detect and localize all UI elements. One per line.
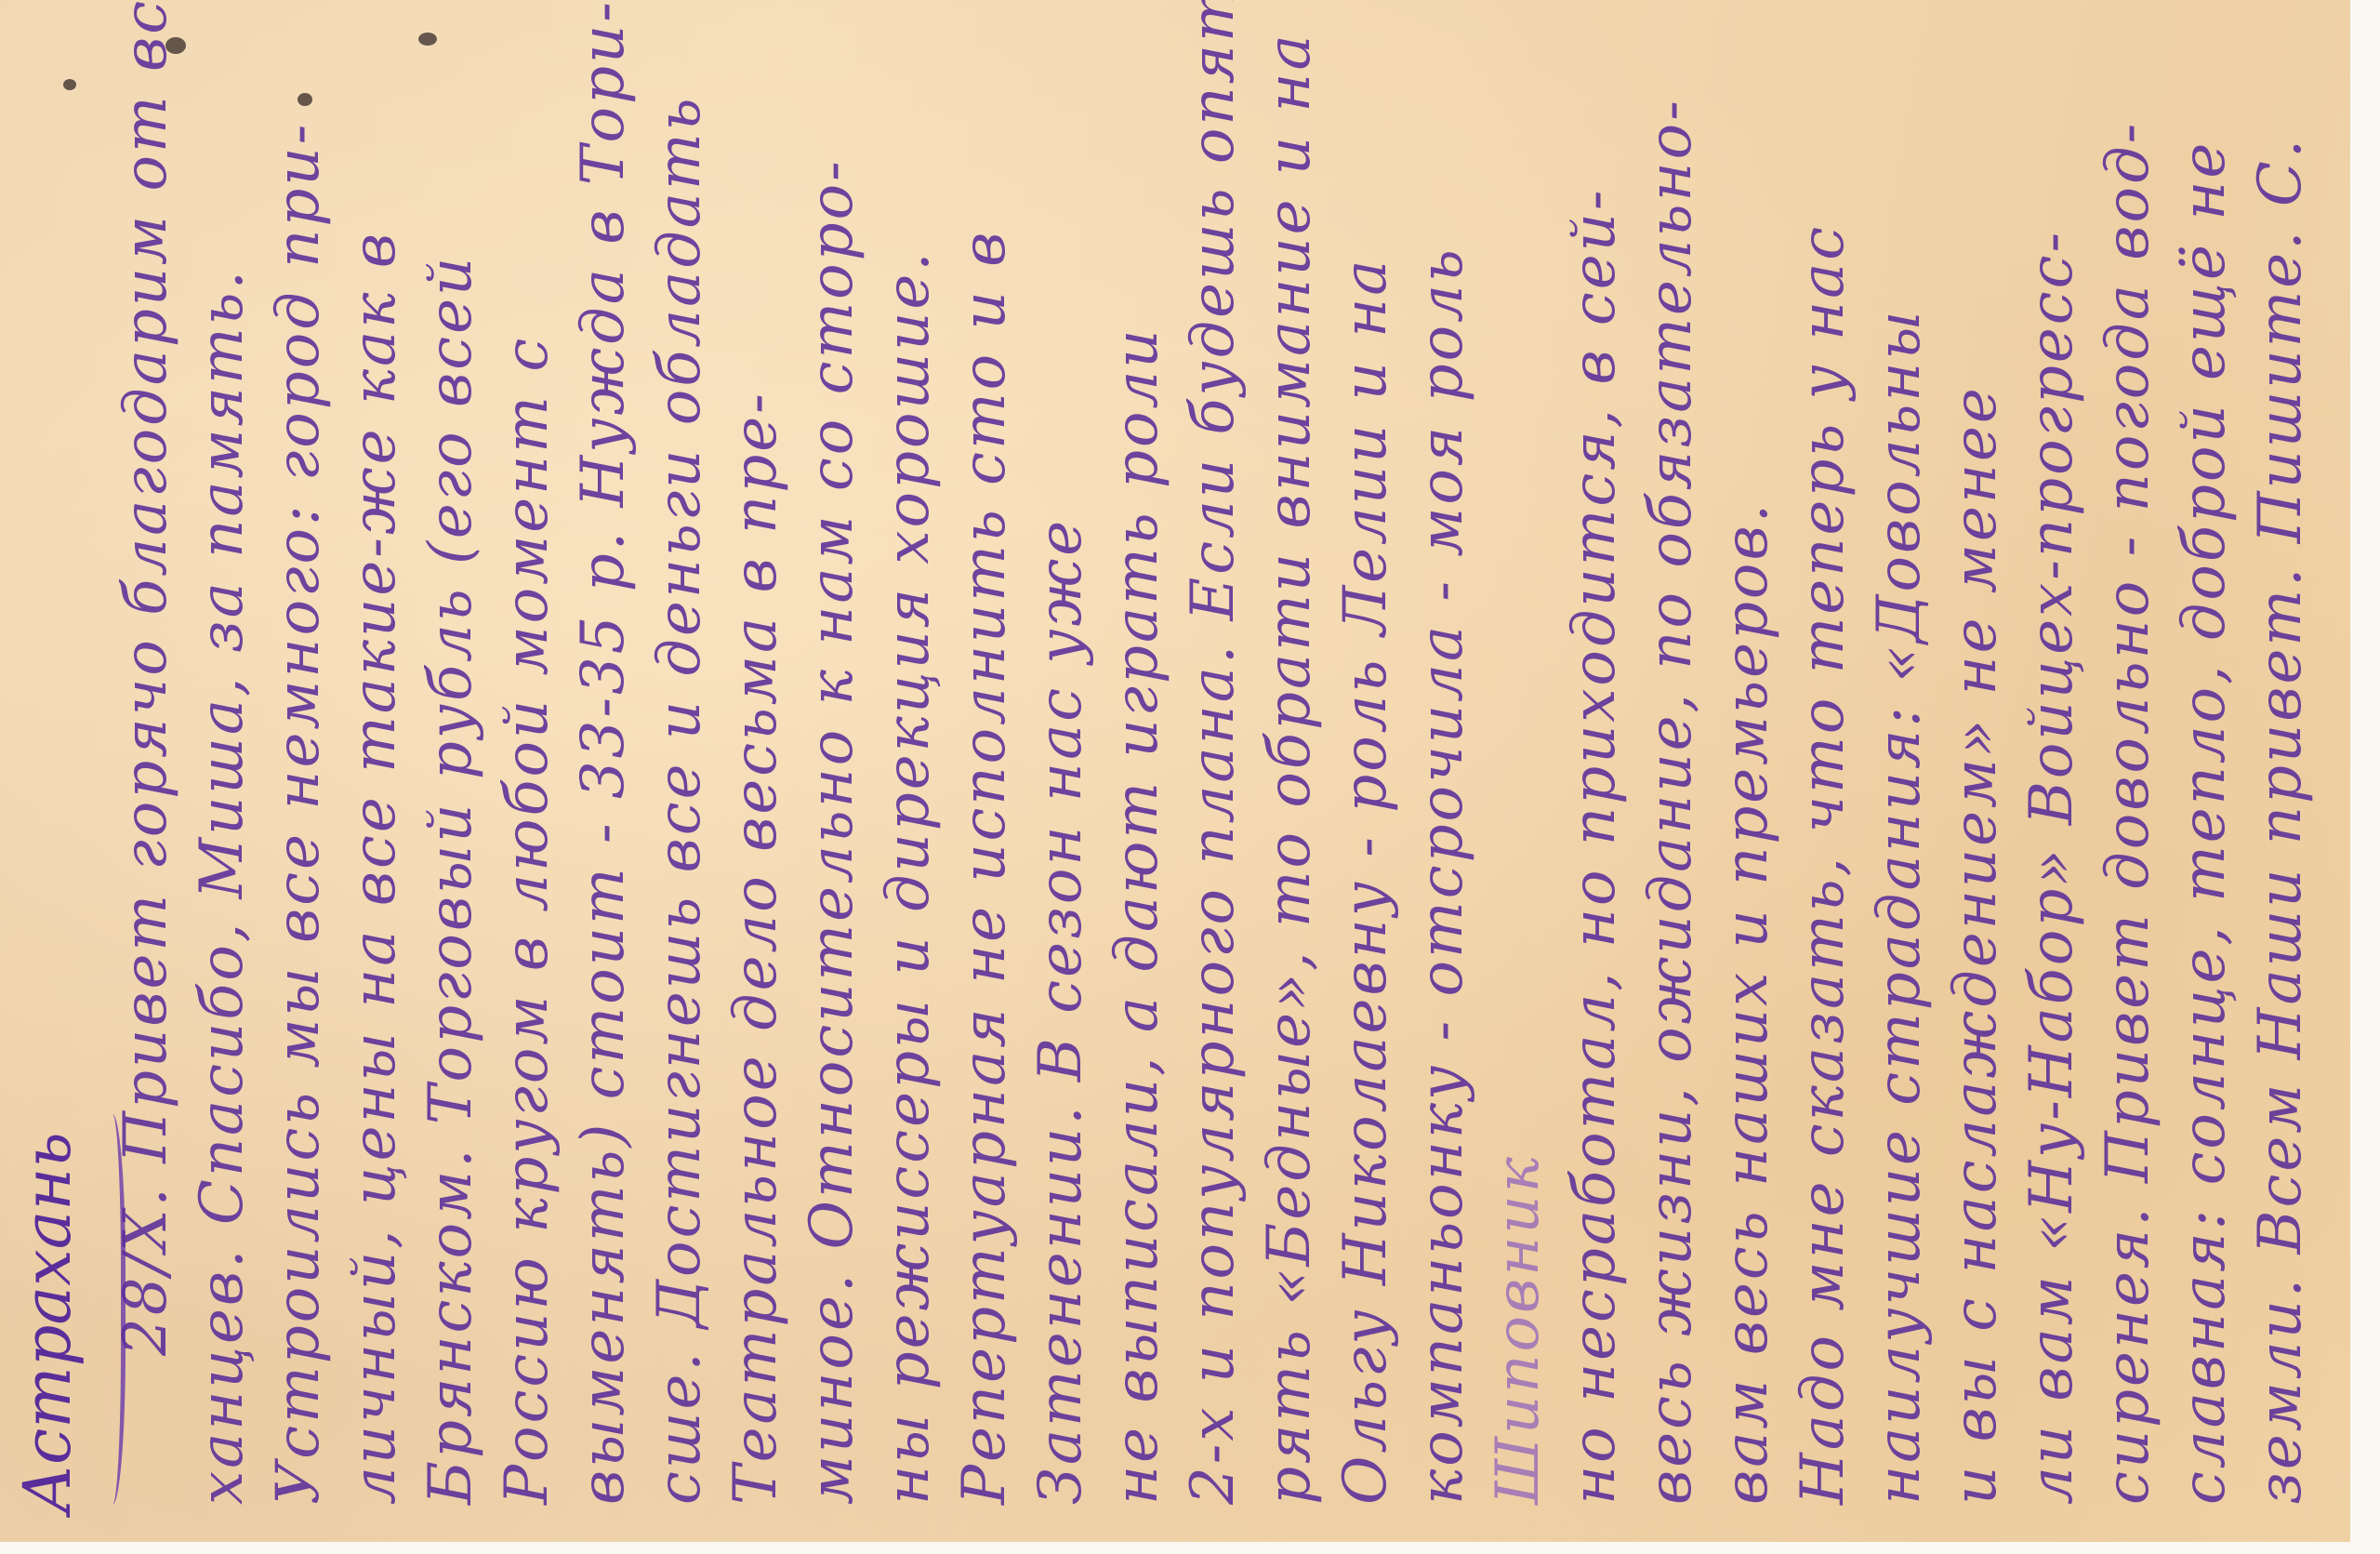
text-line: 2-х и популярного плана. Если будешь опя…: [1179, 0, 1248, 1505]
scan-border-bottom: [0, 1542, 2380, 1554]
text-line: Брянском. Торговый рубль (его всей: [416, 255, 485, 1505]
text-line: Затенении. В сезон нас уже: [1026, 518, 1095, 1505]
text-line: Устроились мы все немного: город при-: [264, 122, 333, 1505]
text-line: сше. Достигнешь все и деньги обладать: [645, 96, 714, 1506]
text-line: выменять) стоит - 33-35 р. Нужда в Тори-: [569, 0, 638, 1505]
text-line: сиренея. Привет довольно - погода вод-: [2094, 121, 2162, 1505]
text-line: вам весь наших и премьеров.: [1712, 501, 1781, 1505]
handwritten-text: Астрахань 28/X. Привет горячо благодарим…: [0, 0, 2350, 1542]
text-line: славная: солнце, тепло, доброй ещё не: [2170, 140, 2239, 1505]
place-heading: Астрахань: [9, 1132, 86, 1514]
postcard: Астрахань 28/X. Привет горячо благодарим…: [0, 0, 2350, 1542]
text-line: Театральное дело весьма в пре-: [721, 391, 790, 1505]
text-line: земли. Всем Наши привет. Пишите. С.: [2246, 137, 2315, 1505]
text-line: но несработал, но приходится, в сей-: [1560, 188, 1629, 1506]
text-line: 28/X. Привет горячо благодарим от всего: [112, 0, 180, 1356]
text-line: Надо мне сказать, что теперь у нас: [1789, 224, 1858, 1505]
text-line: Ольгу Николаевну - роль Лелии и на: [1331, 258, 1400, 1505]
text-line: наилучшие страдания: «Довольны: [1865, 308, 1934, 1505]
text-line: ны режиссеры и дирекция хорошие.: [874, 249, 943, 1505]
text-line: Репертуарная не исполнить сто и в: [950, 230, 1019, 1505]
text-line: компаньонку - отсрочила - моя роль: [1408, 246, 1476, 1505]
text-line: рять «Бедные», то обрати внимание и на: [1255, 32, 1324, 1505]
text-line: и вы с наслаждением» не менее: [1941, 385, 2010, 1505]
text-line: ли вам «Ну-Набор» Войцех-прогресс-: [2017, 230, 2086, 1505]
text-line: Россию кругом в любой момент с: [493, 336, 562, 1505]
text-line: личный, цены на все такие-же как в: [340, 231, 409, 1505]
text-line: миное. Относительно к нам со сторо-: [798, 158, 866, 1505]
text-line: ханцев. Спасибо, Миша, за память.: [188, 268, 257, 1505]
text-line: Шиповник: [1484, 1154, 1553, 1505]
text-line: не выписали, а дают играть роли: [1103, 327, 1171, 1505]
scan-border-right: [2350, 0, 2380, 1554]
text-line: весь жизни, ожидание, по обязательно-: [1636, 98, 1705, 1505]
